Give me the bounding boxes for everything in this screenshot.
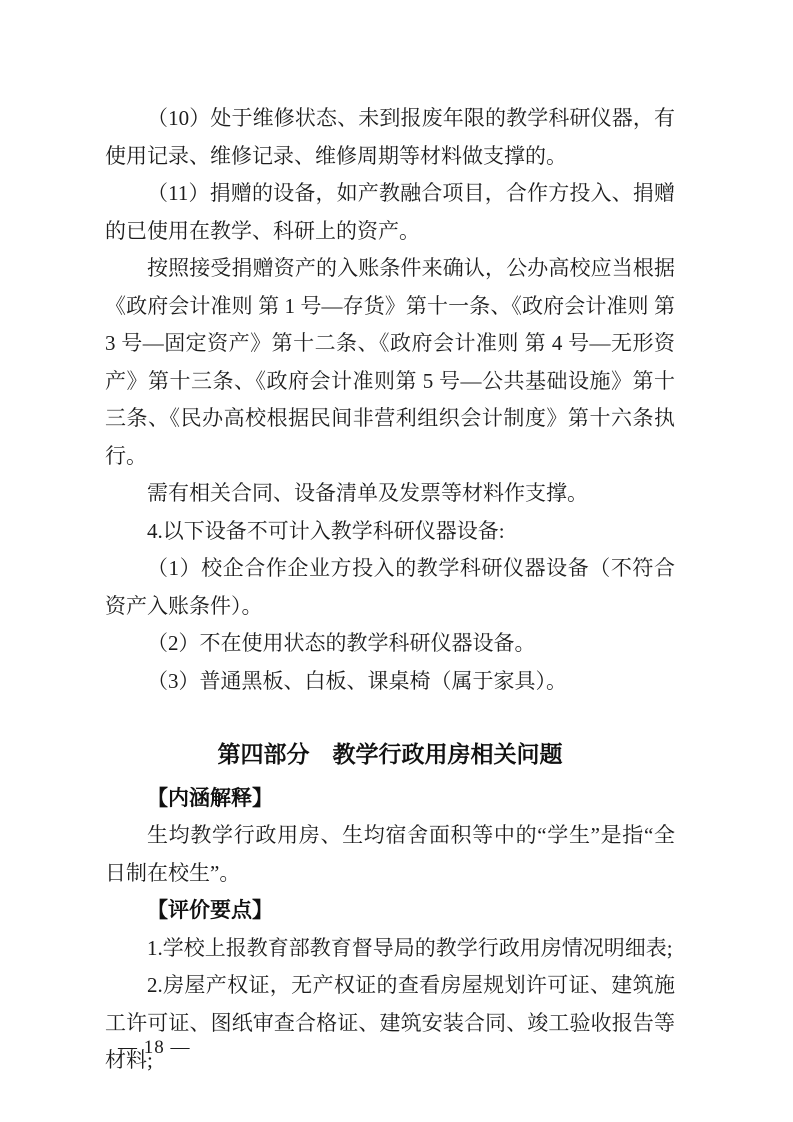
paragraph-exclusion-2: （2）不在使用状态的教学科研仪器设备。 (105, 625, 675, 663)
paragraph-item-11: （11）捐赠的设备，如产教融合项目，合作方投入、捐赠的已使用在教学、科研上的资产… (105, 175, 675, 250)
document-page: （10）处于维修状态、未到报废年限的教学科研仪器，有使用记录、维修记录、维修周期… (0, 0, 793, 1122)
paragraph-exclusion-1: （1）校企合作企业方投入的教学科研仪器设备（不符合资产入账条件）。 (105, 550, 675, 625)
document-content: （10）处于维修状态、未到报废年限的教学科研仪器，有使用记录、维修记录、维修周期… (105, 100, 675, 1080)
paragraph-point-1: 1.学校上报教育部教育督导局的教学行政用房情况明细表; (105, 930, 675, 968)
paragraph-donation-accounting: 按照接受捐赠资产的入账条件来确认，公办高校应当根据《政府会计准则 第 1 号—存… (105, 250, 675, 475)
paragraph-item-10: （10）处于维修状态、未到报废年限的教学科研仪器，有使用记录、维修记录、维修周期… (105, 100, 675, 175)
paragraph-point-2: 2.房屋产权证，无产权证的查看房屋规划许可证、建筑施工许可证、图纸审查合格证、建… (105, 967, 675, 1080)
paragraph-supporting-materials: 需有相关合同、设备清单及发票等材料作支撑。 (105, 475, 675, 513)
section-title: 第四部分 教学行政用房相关问题 (105, 736, 675, 774)
paragraph-definition: 生均教学行政用房、生均宿舍面积等中的“学生”是指“全日制在校生”。 (105, 817, 675, 892)
page-number: — 18 — (118, 1036, 191, 1060)
heading-evaluation-points: 【评价要点】 (105, 892, 675, 930)
paragraph-exclusion-3: （3）普通黑板、白板、课桌椅（属于家具）。 (105, 663, 675, 701)
paragraph-exclusions-intro: 4.以下设备不可计入教学科研仪器设备: (105, 513, 675, 551)
heading-definition: 【内涵解释】 (105, 780, 675, 818)
